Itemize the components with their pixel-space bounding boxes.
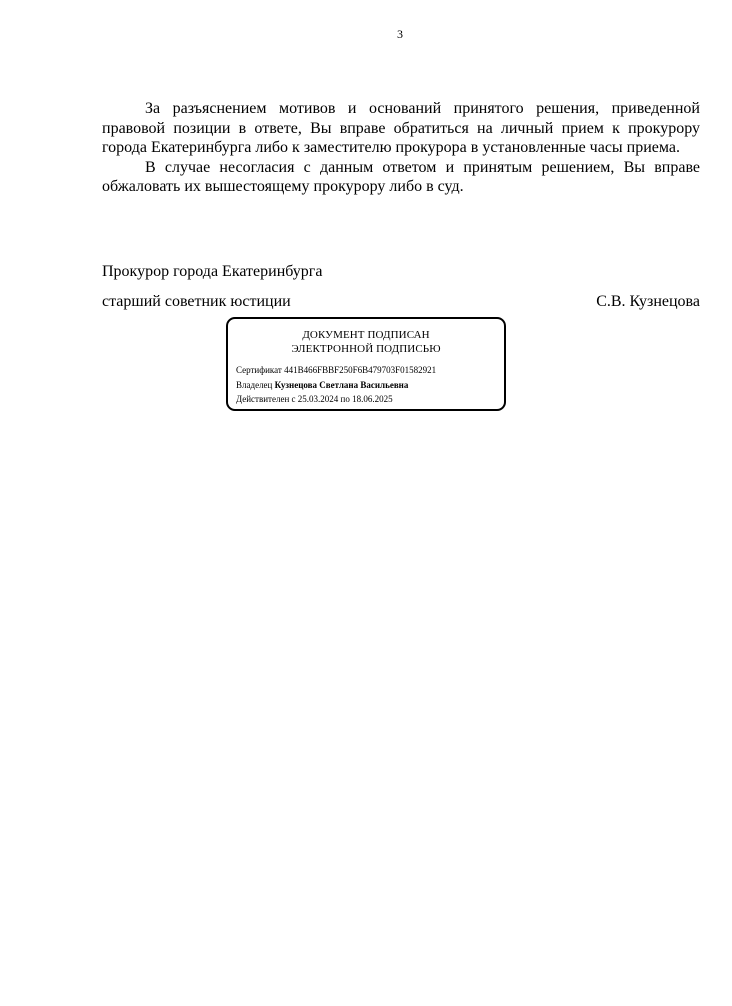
letter-body: За разъяснением мотивов и оснований прин…	[102, 99, 700, 197]
stamp-header-line1: ДОКУМЕНТ ПОДПИСАН	[228, 328, 504, 342]
stamp-owner-row: Владелец Кузнецова Светлана Васильевна	[236, 380, 408, 391]
electronic-signature-stamp: ДОКУМЕНТ ПОДПИСАН ЭЛЕКТРОННОЙ ПОДПИСЬЮ С…	[226, 317, 506, 411]
stamp-header-line2: ЭЛЕКТРОННОЙ ПОДПИСЬЮ	[228, 342, 504, 356]
valid-to: 18.06.2025	[352, 394, 393, 404]
certificate-value: 441B466FBBF250F6B479703F01582921	[284, 365, 436, 375]
owner-label: Владелец	[236, 380, 272, 390]
valid-label: Действителен	[236, 394, 289, 404]
stamp-header: ДОКУМЕНТ ПОДПИСАН ЭЛЕКТРОННОЙ ПОДПИСЬЮ	[228, 328, 504, 356]
valid-to-label: по	[341, 394, 350, 404]
valid-from-label: с	[292, 394, 296, 404]
signatory-rank: старший советник юстиции	[102, 292, 291, 311]
stamp-validity-row: Действителен с 25.03.2024 по 18.06.2025	[236, 394, 393, 405]
owner-value: Кузнецова Светлана Васильевна	[275, 380, 409, 390]
certificate-label: Сертификат	[236, 365, 282, 375]
paragraph-reception-info: За разъяснением мотивов и оснований прин…	[102, 99, 700, 158]
page-number: 3	[0, 27, 732, 41]
signatory-name: С.В. Кузнецова	[596, 292, 700, 311]
paragraph-appeal-info: В случае несогласия с данным ответом и п…	[102, 158, 700, 197]
signatory-position: Прокурор города Екатеринбурга	[102, 262, 322, 281]
stamp-certificate-row: Сертификат 441B466FBBF250F6B479703F01582…	[236, 365, 436, 376]
valid-from: 25.03.2024	[298, 394, 339, 404]
